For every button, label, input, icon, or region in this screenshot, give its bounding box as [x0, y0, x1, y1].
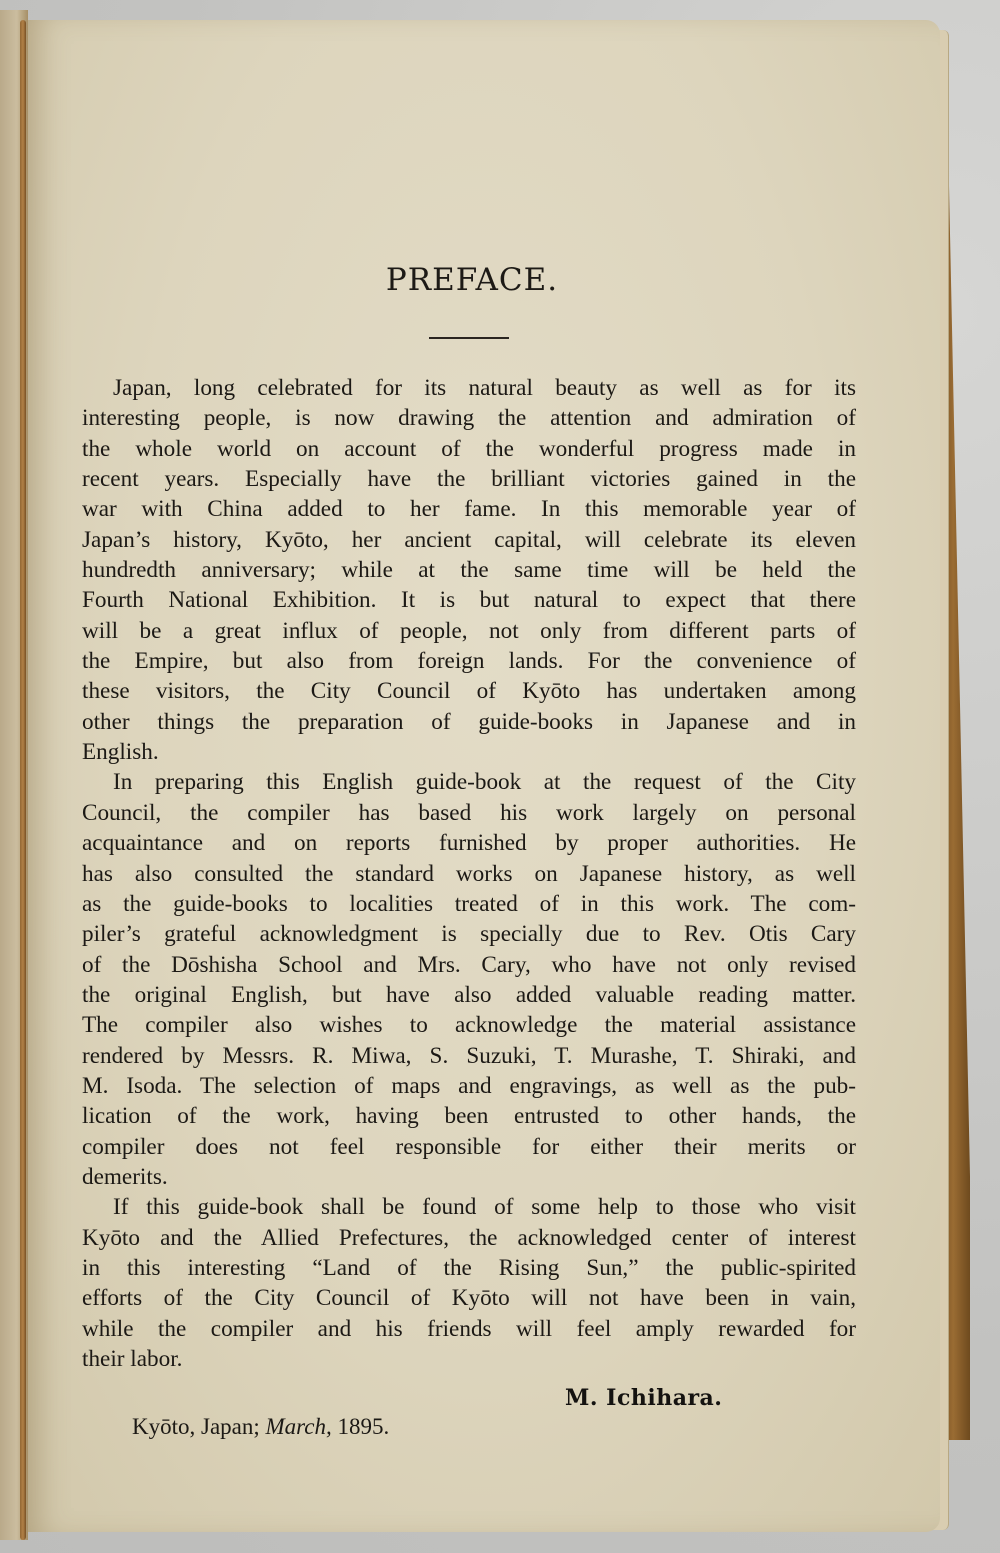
- dateline-year: 1895.: [337, 1414, 389, 1439]
- text-line: English.: [82, 737, 856, 767]
- text-line: other things the preparation of guide-bo…: [82, 707, 856, 737]
- title-divider: [429, 337, 509, 339]
- text-line: If this guide-book shall be found of som…: [82, 1192, 856, 1222]
- text-line: has also consulted the standard works on…: [82, 859, 856, 889]
- text-line: the Empire, but also from foreign lands.…: [82, 646, 856, 676]
- text-line: Japan, long celebrated for its natural b…: [82, 373, 856, 403]
- page-title: PREFACE.: [0, 262, 944, 298]
- text-line: Fourth National Exhibition. It is but na…: [82, 585, 856, 615]
- text-line: as the guide-books to localities treated…: [82, 889, 856, 919]
- text-line: rendered by Messrs. R. Miwa, S. Suzuki, …: [82, 1041, 856, 1071]
- text-line: in this interesting “Land of the Rising …: [82, 1253, 856, 1283]
- preface-body: Japan, long celebrated for its natural b…: [82, 373, 856, 1374]
- text-line: the whole world on account of the wonder…: [82, 434, 856, 464]
- text-line: while the compiler and his friends will …: [82, 1314, 856, 1344]
- text-line: M. Isoda. The selection of maps and engr…: [82, 1071, 856, 1101]
- dateline-month: March,: [266, 1414, 332, 1439]
- text-line: In preparing this English guide-book at …: [82, 767, 856, 797]
- dateline-place: Kyōto, Japan;: [132, 1414, 260, 1439]
- text-line: Kyōto and the Allied Prefectures, the ac…: [82, 1223, 856, 1253]
- text-line: demerits.: [82, 1162, 856, 1192]
- dateline: Kyōto, Japan; March, 1895.: [132, 1414, 389, 1440]
- text-line: will be a great influx of people, not on…: [82, 616, 856, 646]
- paragraph-3: If this guide-book shall be found of som…: [82, 1192, 856, 1374]
- text-line: The compiler also wishes to acknowledge …: [82, 1010, 856, 1040]
- text-line: of the Dōshisha School and Mrs. Cary, wh…: [82, 950, 856, 980]
- text-line: these visitors, the City Council of Kyōt…: [82, 676, 856, 706]
- paragraph-2: In preparing this English guide-book at …: [82, 767, 856, 1192]
- text-line: lication of the work, having been entrus…: [82, 1101, 856, 1131]
- text-line: their labor.: [82, 1344, 856, 1374]
- text-line: compiler does not feel responsible for e…: [82, 1132, 856, 1162]
- text-line: war with China added to her fame. In thi…: [82, 494, 856, 524]
- text-line: recent years. Especially have the brilli…: [82, 464, 856, 494]
- author-signature: M. Ichihara.: [565, 1385, 722, 1411]
- text-line: acquaintance and on reports furnished by…: [82, 828, 856, 858]
- paragraph-1: Japan, long celebrated for its natural b…: [82, 373, 856, 767]
- text-line: piler’s grateful acknowledgment is speci…: [82, 919, 856, 949]
- text-line: the original English, but have also adde…: [82, 980, 856, 1010]
- text-line: efforts of the City Council of Kyōto wil…: [82, 1283, 856, 1313]
- text-line: interesting people, is now drawing the a…: [82, 403, 856, 433]
- text-line: hundredth anniversary; while at the same…: [82, 555, 856, 585]
- book-gutter-binding: [20, 20, 26, 1540]
- text-line: Council, the compiler has based his work…: [82, 798, 856, 828]
- text-line: Japan’s history, Kyōto, her ancient capi…: [82, 525, 856, 555]
